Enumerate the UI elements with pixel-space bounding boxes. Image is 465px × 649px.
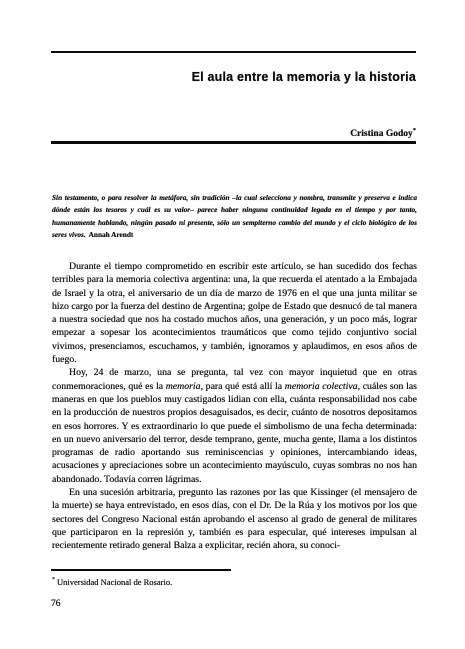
author-byline: Cristina Godoy* xyxy=(51,127,416,139)
header-rule xyxy=(51,51,416,53)
epigraph: Sin testamento, o para resolver la metáf… xyxy=(52,192,417,241)
body-text-run: Durante el tiempo comprometido en escrib… xyxy=(52,261,417,365)
byline-rule xyxy=(51,141,416,144)
body-paragraph: En una sucesión arbitraria, pregunto las… xyxy=(52,486,417,552)
body-text-run: , para qué está allí la xyxy=(201,381,285,392)
body-italic-term: memoria xyxy=(166,381,201,392)
footnote: *Universidad Nacional de Rosario. xyxy=(52,577,172,587)
body-paragraph: Durante el tiempo comprometido en escrib… xyxy=(52,260,417,366)
epigraph-attribution: Annah Arendt xyxy=(89,230,134,239)
footnote-rule xyxy=(51,569,231,571)
body-paragraphs: Durante el tiempo comprometido en escrib… xyxy=(52,260,417,553)
author-footnote-mark: * xyxy=(413,127,416,134)
body-text-run: , cuáles son las maneras en que los pueb… xyxy=(52,381,417,485)
body-paragraph: Hoy, 24 de marzo, una se pregunta, tal v… xyxy=(52,366,417,486)
body-text-run: En una sucesión arbitraria, pregunto las… xyxy=(52,487,417,551)
page-number: 76 xyxy=(51,599,61,609)
footnote-text: Universidad Nacional de Rosario. xyxy=(57,577,172,587)
footnote-marker: * xyxy=(52,577,55,583)
body-italic-term: memoria colectiva xyxy=(285,381,358,392)
document-page: El aula entre la memoria y la historia C… xyxy=(0,0,465,649)
article-title: El aula entre la memoria y la historia xyxy=(51,70,416,84)
author-name: Cristina Godoy xyxy=(350,129,413,139)
